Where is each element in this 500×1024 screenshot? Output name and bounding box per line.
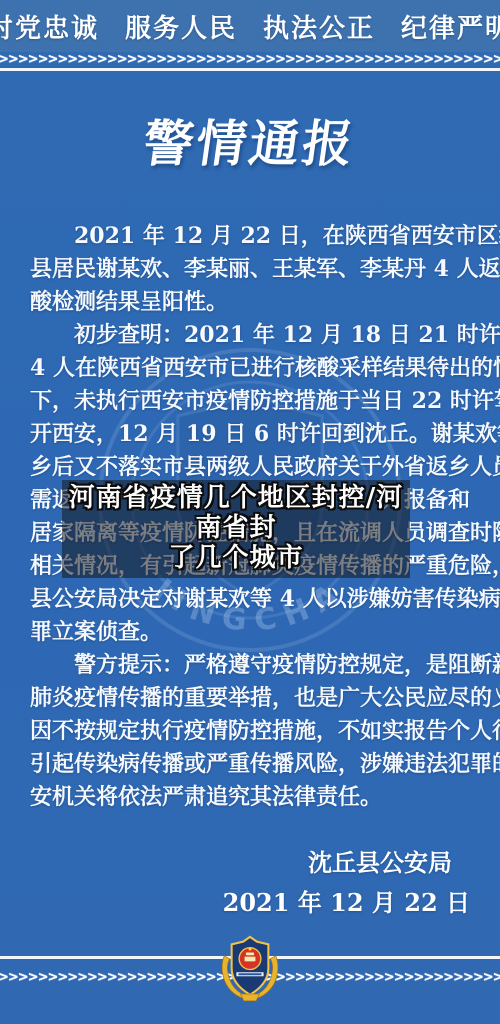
body-line: 下，未执行西安市疫情防控措施于当日 22 时许驾车离 bbox=[30, 385, 470, 418]
body-line: 肺炎疫情传播的重要举措，也是广大公民应尽的义务。 bbox=[30, 682, 470, 715]
body-line: 2021 年 12 月 22 日，在陕西省西安市区经商的我 bbox=[30, 220, 470, 253]
caption-line-2: 了几个城市 bbox=[62, 543, 410, 573]
body-line: 罪立案侦查。 bbox=[30, 616, 470, 649]
police-bulletin-poster: 对党忠诚 服务人民 执法公正 纪律严明 >>>>>>>>>>>>>>>>>>>>… bbox=[0, 0, 500, 1024]
slogan-serve-people: 服务人民 bbox=[125, 8, 237, 45]
body-line: 酸检测结果呈阳性。 bbox=[30, 286, 470, 319]
signature-block: 沈丘县公安局 2021 年 12 月 22 日 bbox=[223, 843, 470, 923]
slogan-strict-discipline: 纪律严明 bbox=[401, 8, 500, 45]
issue-date: 2021 年 12 月 22 日 bbox=[223, 883, 470, 923]
issuing-agency: 沈丘县公安局 bbox=[223, 843, 452, 883]
chevron-row-top: >>>>>>>>>>>>>>>>>>>>>>>>>>>>>>>>>>>>>>>>… bbox=[0, 52, 500, 67]
body-line: 警方提示：严格遵守疫情防控规定，是阻断新冠 bbox=[30, 649, 470, 682]
body-line: 县公安局决定对谢某欢等 4 人以涉嫌妨害传染病防治 bbox=[30, 583, 470, 616]
body-line: 安机关将依法严肃追究其法律责任。 bbox=[30, 781, 470, 814]
news-caption-overlay: 河南省疫情几个地区封控/河南省封 了几个城市 bbox=[62, 480, 410, 578]
slogan-fair-enforcement: 执法公正 bbox=[263, 8, 375, 45]
police-badge-icon bbox=[216, 934, 284, 1005]
caption-line-1: 河南省疫情几个地区封控/河南省封 bbox=[62, 483, 410, 543]
body-line: 开西安，12 月 19 日 6 时许回到沈丘。谢某欢等四人返 bbox=[30, 418, 470, 451]
slogan-loyalty: 对党忠诚 bbox=[0, 8, 99, 45]
body-line: 县居民谢某欢、李某丽、王某军、李某丹 4 人返乡后核 bbox=[30, 253, 470, 286]
header-slogan-band: 对党忠诚 服务人民 执法公正 纪律严明 bbox=[0, 0, 500, 52]
body-line: 初步查明：2021 年 12 月 18 日 21 时许,谢某欢等 bbox=[30, 319, 470, 352]
body-line: 引起传染病传播或严重传播风险，涉嫌违法犯罪的，公 bbox=[30, 748, 470, 781]
body-line: 4 人在陕西省西安市已进行核酸采样结果待出的情况 bbox=[30, 352, 470, 385]
bulletin-title: 警情通报 bbox=[0, 104, 500, 176]
body-line: 因不按规定执行疫情防控措施，不如实报告个人行程， bbox=[30, 715, 470, 748]
top-rule-line bbox=[0, 68, 500, 71]
